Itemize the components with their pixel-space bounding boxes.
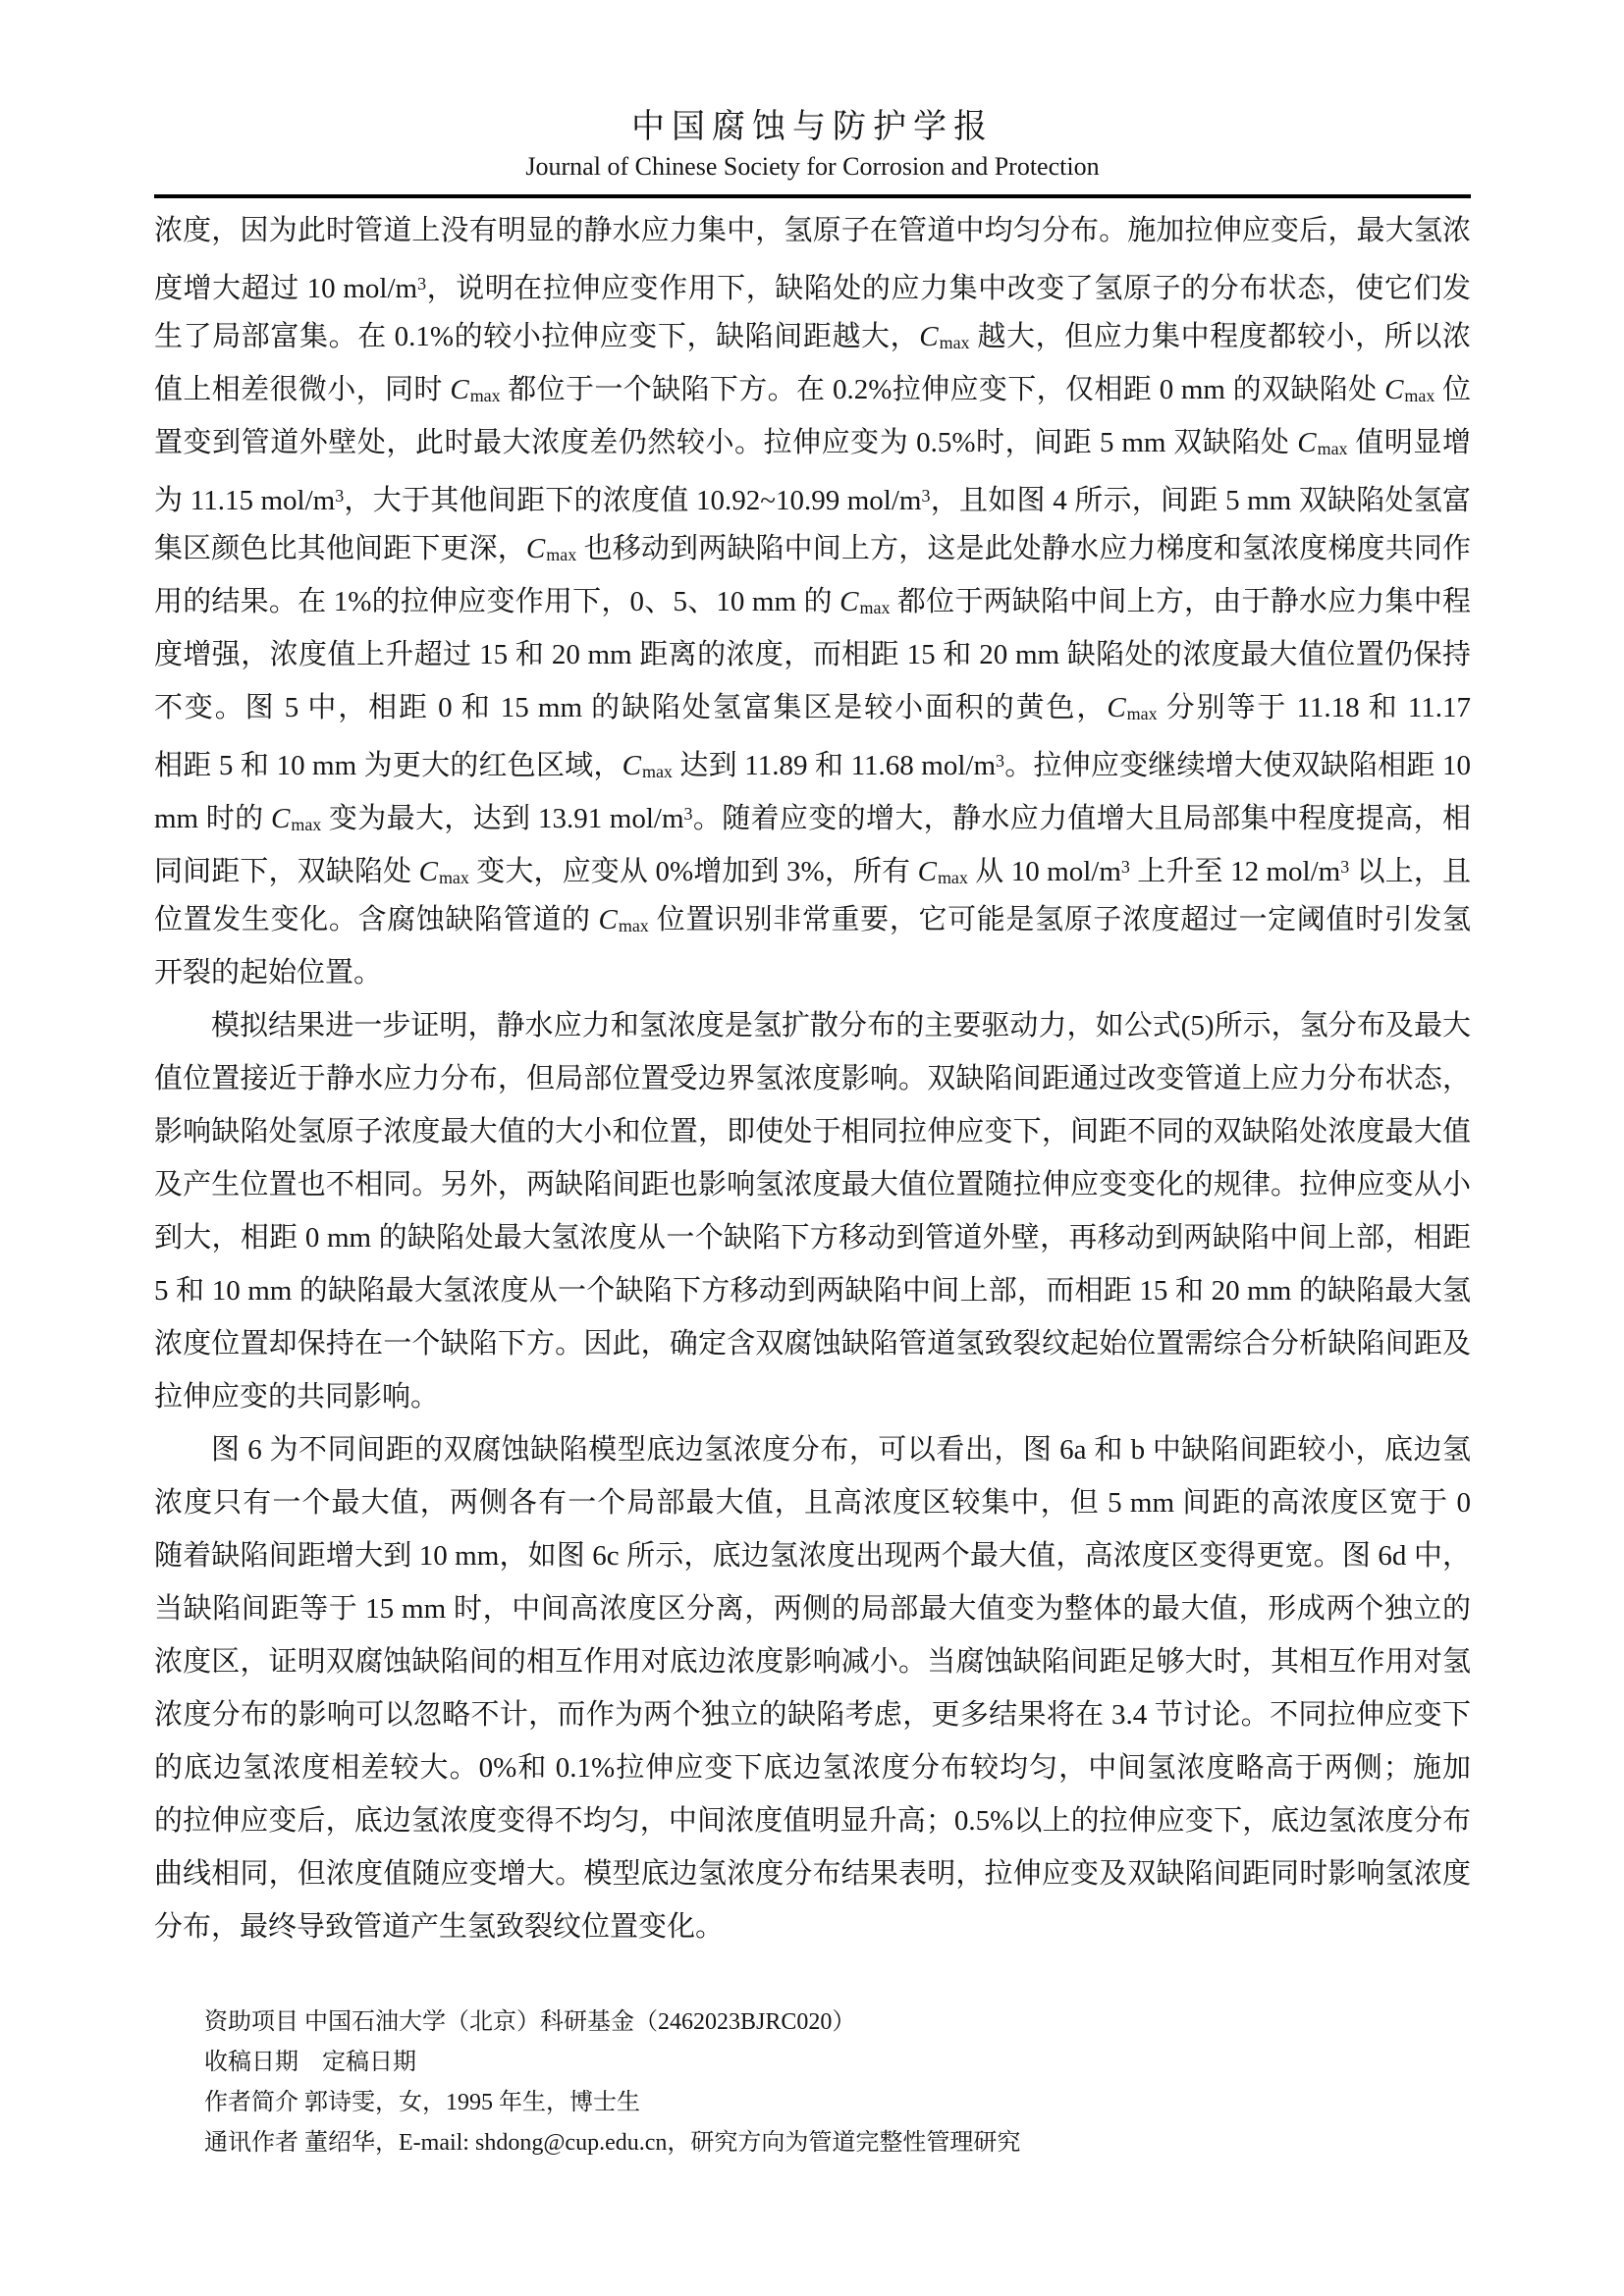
text-line: 生了局部富集。在 0.1%的较小拉伸应变下，缺陷间距越大，Cmax 越大，但应力…: [154, 310, 1471, 363]
text-line: 集区颜色比其他间距下更深，Cmax 也移动到两缺陷中间上方，这是此处静水应力梯度…: [154, 522, 1471, 575]
text-line: 度增大超过 10 mol/m3，说明在拉伸应变作用下，缺陷处的应力集中改变了氢原…: [154, 257, 1471, 310]
text-line: 位置发生变化。含腐蚀缺陷管道的 Cmax 位置识别非常重要，它可能是氢原子浓度超…: [154, 893, 1471, 946]
text-line: 浓度分布的影响可以忽略不计，而作为两个独立的缺陷考虑，更多结果将在 3.4 节讨…: [154, 1688, 1471, 1741]
text-line: mm 时的 Cmax 变为最大，达到 13.91 mol/m3。随着应变的增大，…: [154, 787, 1471, 840]
text-line: 分布，最终导致管道产生氢致裂纹位置变化。: [154, 1900, 1471, 1953]
text-line: 同间距下，双缺陷处 Cmax 变大，应变从 0%增加到 3%，所有 Cmax 从…: [154, 840, 1471, 893]
text-line: 模拟结果进一步证明，静水应力和氢浓度是氢扩散分布的主要驱动力，如公式(5)所示，…: [154, 999, 1471, 1052]
text-line: 随着缺陷间距增大到 10 mm，如图 6c 所示，底边氢浓度出现两个最大值，高浓…: [154, 1529, 1471, 1582]
text-line: 置变到管道外壁处，此时最大浓度差仍然较小。拉伸应变为 0.5%时，间距 5 mm…: [154, 416, 1471, 469]
text-line: 开裂的起始位置。: [154, 946, 1471, 999]
text-line: 曲线相同，但浓度值随应变增大。模型底边氢浓度分布结果表明，拉伸应变及双缺陷间距同…: [154, 1847, 1471, 1900]
text-line: 浓度只有一个最大值，两侧各有一个局部最大值，且高浓度区较集中，但 5 mm 间距…: [154, 1476, 1471, 1529]
text-line: 为 11.15 mol/m3，大于其他间距下的浓度值 10.92~10.99 m…: [154, 469, 1471, 522]
text-line: 5 和 10 mm 的缺陷最大氢浓度从一个缺陷下方移动到两缺陷中间上部，而相距 …: [154, 1264, 1471, 1317]
text-line: 到大，相距 0 mm 的缺陷处最大氢浓度从一个缺陷下方移动到管道外壁，再移动到两…: [154, 1211, 1471, 1264]
text-line: 影响缺陷处氢原子浓度最大值的大小和位置，即使处于相同拉伸应变下，间距不同的双缺陷…: [154, 1105, 1471, 1158]
journal-title-english: Journal of Chinese Society for Corrosion…: [154, 152, 1471, 182]
paragraph: 浓度，因为此时管道上没有明显的静水应力集中，氢原子在管道中均匀分布。施加拉伸应变…: [154, 204, 1471, 999]
footnote-line: 作者简介 郭诗雯，女，1995 年生，博士生: [204, 2083, 1471, 2123]
text-line: 值位置接近于静水应力分布，但局部位置受边界氢浓度影响。双缺陷间距通过改变管道上应…: [154, 1052, 1471, 1105]
text-line: 拉伸应变的共同影响。: [154, 1370, 1471, 1423]
footnote-line: 收稿日期 定稿日期: [204, 2043, 1471, 2083]
paragraph: 模拟结果进一步证明，静水应力和氢浓度是氢扩散分布的主要驱动力，如公式(5)所示，…: [154, 999, 1471, 1423]
journal-title-chinese: 中国腐蚀与防护学报: [154, 108, 1471, 147]
header-rule: [154, 194, 1471, 198]
text-line: 不变。图 5 中，相距 0 和 15 mm 的缺陷处氢富集区是较小面积的黄色，C…: [154, 681, 1471, 734]
footnote-line: 通讯作者 董绍华，E-mail: shdong@cup.edu.cn，研究方向为…: [204, 2123, 1471, 2163]
text-line: 度增强，浓度值上升超过 15 和 20 mm 距离的浓度，而相距 15 和 20…: [154, 628, 1471, 681]
paragraph: 图 6 为不同间距的双腐蚀缺陷模型底边氢浓度分布，可以看出，图 6a 和 b 中…: [154, 1423, 1471, 1953]
text-line: 相距 5 和 10 mm 为更大的红色区域，Cmax 达到 11.89 和 11…: [154, 734, 1471, 787]
text-line: 浓度区，证明双腐蚀缺陷间的相互作用对底边浓度影响减小。当腐蚀缺陷间距足够大时，其…: [154, 1635, 1471, 1688]
text-line: 的底边氢浓度相差较大。0%和 0.1%拉伸应变下底边氢浓度分布较均匀，中间氢浓度…: [154, 1741, 1471, 1794]
text-line: 图 6 为不同间距的双腐蚀缺陷模型底边氢浓度分布，可以看出，图 6a 和 b 中…: [154, 1423, 1471, 1476]
journal-page: 中国腐蚀与防护学报 Journal of Chinese Society for…: [0, 0, 1624, 2296]
body-text: 浓度，因为此时管道上没有明显的静水应力集中，氢原子在管道中均匀分布。施加拉伸应变…: [154, 204, 1471, 1953]
text-line: 浓度，因为此时管道上没有明显的静水应力集中，氢原子在管道中均匀分布。施加拉伸应变…: [154, 204, 1471, 257]
text-line: 当缺陷间距等于 15 mm 时，中间高浓度区分离，两侧的局部最大值变为整体的最大…: [154, 1582, 1471, 1635]
text-line: 值上相差很微小，同时 Cmax 都位于一个缺陷下方。在 0.2%拉伸应变下，仅相…: [154, 363, 1471, 416]
text-line: 浓度位置却保持在一个缺陷下方。因此，确定含双腐蚀缺陷管道氢致裂纹起始位置需综合分…: [154, 1317, 1471, 1370]
footnotes: 资助项目 中国石油大学（北京）科研基金（2462023BJRC020）收稿日期 …: [154, 2002, 1471, 2163]
text-line: 及产生位置也不相同。另外，两缺陷间距也影响氢浓度最大值位置随拉伸应变变化的规律。…: [154, 1158, 1471, 1211]
text-line: 的拉伸应变后，底边氢浓度变得不均匀，中间浓度值明显升高；0.5%以上的拉伸应变下…: [154, 1794, 1471, 1847]
footnote-line: 资助项目 中国石油大学（北京）科研基金（2462023BJRC020）: [204, 2002, 1471, 2043]
text-line: 用的结果。在 1%的拉伸应变作用下，0、5、10 mm 的 Cmax 都位于两缺…: [154, 575, 1471, 628]
page-content: 中国腐蚀与防护学报 Journal of Chinese Society for…: [154, 0, 1471, 2163]
